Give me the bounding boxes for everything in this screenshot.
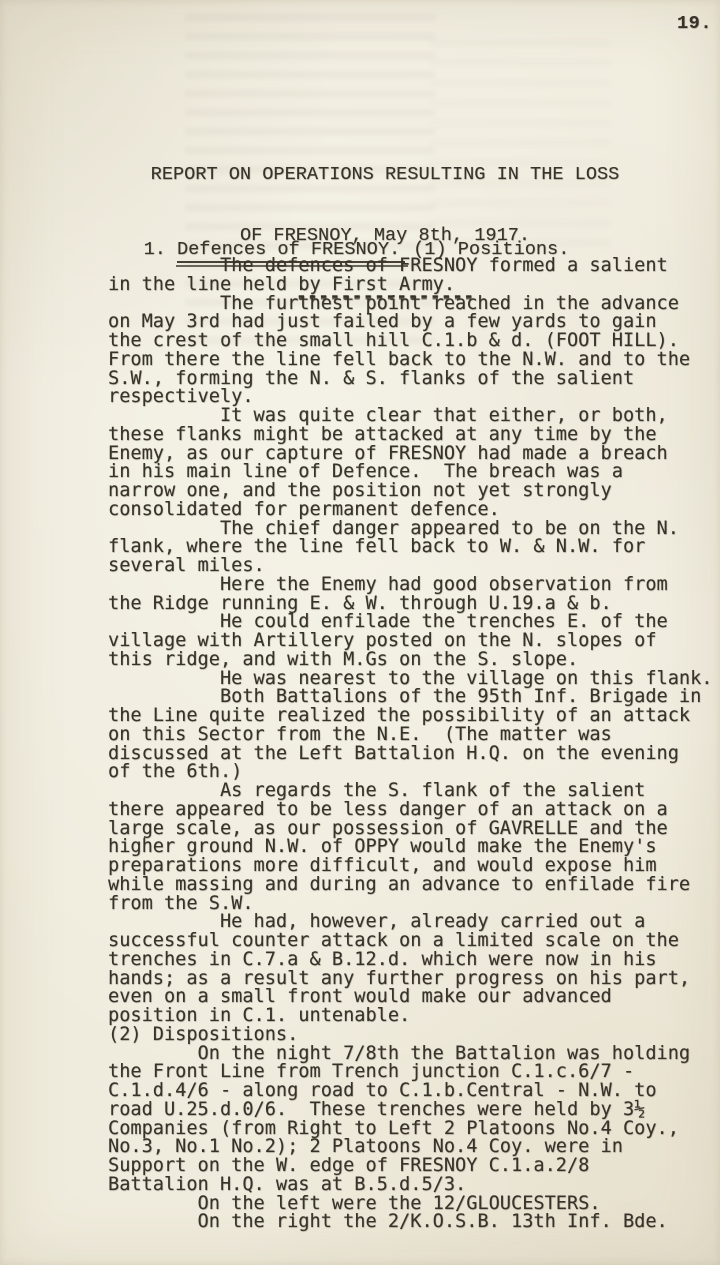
report-title-line-1: REPORT ON OPERATIONS RESULTING IN THE LO… (150, 165, 620, 185)
page-number: 19. (677, 13, 712, 34)
report-body-text: The defences of FRESNOY formed a salient… (108, 257, 713, 1232)
document-page: 19. REPORT ON OPERATIONS RESULTING IN TH… (0, 0, 720, 1265)
